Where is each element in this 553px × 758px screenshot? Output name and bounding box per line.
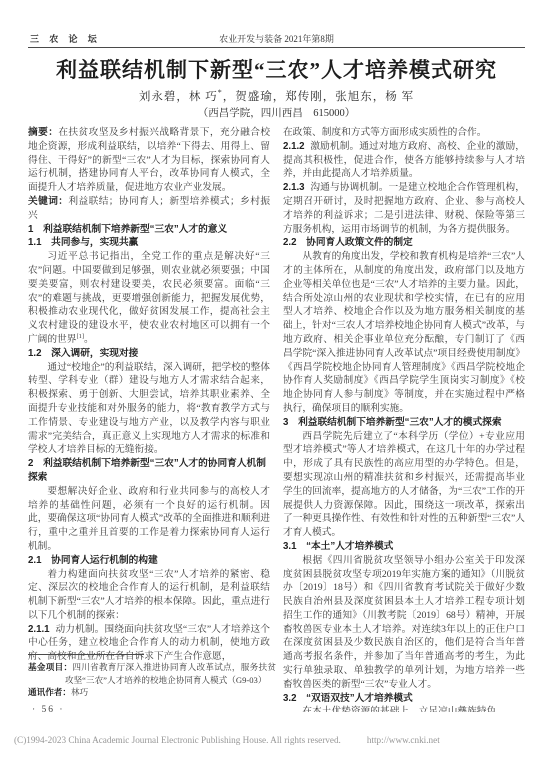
section-3-2-heading: 3.2 “双语双技”人才培养模式 [283, 692, 525, 706]
corresponding-author-label: 通讯作者： [28, 687, 71, 697]
paragraph: 要想解决好企业、政府和行业共同参与的高校人才培养的基础性问题，必须有一个良好的运… [28, 485, 270, 554]
keywords-label: 关键词： [28, 196, 68, 207]
footnote-divider [28, 654, 144, 655]
reference-mark: [1] [76, 333, 84, 340]
section-1-2-heading: 1.2 深入调研，实现对接 [28, 347, 270, 361]
paragraph: 通过“校地企”的利益联结，深入调研，把学校的整体转型、学科专业（群）建设与地方人… [28, 361, 270, 458]
section-2-2-heading: 2.2 协同育人政策文件的制定 [283, 236, 525, 250]
page-number: · 56 · [32, 705, 65, 715]
fund-project-note: 基金项目：四川省教育厅深入推进协同育人改革试点，服务扶贫攻坚“三农”人才培养的校… [28, 661, 276, 686]
footnote-block: 基金项目：四川省教育厅深入推进协同育人改革试点，服务扶贫攻坚“三农”人才培养的校… [28, 654, 276, 699]
paragraph-2-1-2: 2.1.2激励机制。通过对地方政府、高校、企业的激励，提高其积极性，促进合作，使… [283, 140, 525, 181]
journal-name: 农业开发与装备 [219, 34, 282, 44]
authors-pre: 刘永碧，林 巧 [139, 91, 218, 103]
fund-project-label: 基金项目： [28, 662, 72, 672]
fund-project-text: 四川省教育厅深入推进协同育人改革试点，服务扶贫攻坚“三农”人才培养的校地企协同育… [65, 662, 276, 685]
paragraph: 根据《四川省脱贫攻坚领导小组办公室关于印发深度贫困县脱贫攻坚专项2019年实施方… [283, 554, 525, 692]
section-1-1-heading: 1.1 共同参与，实现共赢 [28, 236, 270, 250]
abstract-label: 摘要： [28, 127, 58, 138]
issue-label: 2021年第8期 [284, 34, 334, 44]
corresponding-author-name: 林巧 [71, 687, 88, 697]
paragraph: 习近平总书记指出，全党工作的重点是解决好“三农”问题。中国要做到足够强，则农业就… [28, 250, 270, 347]
section-3-1-heading: 3.1 “本土”人才培养模式 [283, 540, 525, 554]
run-in-number: 2.1.1 [28, 624, 50, 635]
keywords: 关键词：利益联结；协同育人；新型培养模式；乡村振兴 [28, 195, 270, 223]
authors-post: ，贺盛瑜，郑传刚，张旭东，杨 军 [223, 91, 414, 103]
affiliation-line: （西昌学院，四川西昌 615000） [0, 105, 553, 120]
page-title: 利益联结机制下新型“三农”人才培养模式研究 [0, 54, 553, 84]
abstract-text: 在扶贫攻坚及乡村振兴战略背景下，充分融合校地企资源，形成利益联结，以培养“下得去… [28, 127, 270, 193]
journal-issue: 农业开发与装备 2021年第8期 [28, 32, 525, 45]
paragraph-text: 沟通与协调机制。一是建立校地企合作管理机构，定期召开研讨，及时把握地方政府、企业… [283, 182, 525, 234]
journal-page: 三 农 论 坛 农业开发与装备 2021年第8期 利益联结机制下新型“三农”人才… [0, 0, 553, 758]
running-head: 三 农 论 坛 农业开发与装备 2021年第8期 [28, 32, 525, 48]
section-2-heading: 2 利益联结机制下培养新型“三农”人才的协同育人机制探索 [28, 457, 270, 485]
abstract: 摘要：在扶贫攻坚及乡村振兴战略背景下，充分融合校地企资源，形成利益联结，以培养“… [28, 126, 270, 195]
right-column: 在政策、制度和方式等方面形成实质性的合作。 2.1.2激励机制。通过对地方政府、… [283, 126, 525, 712]
paragraph: 着力构建面向扶贫攻坚“三农”人才培养的紧密、稳定、深层次的校地企合作育人的运行机… [28, 568, 270, 623]
paragraph: 从教育的角度出发，学校和教育机构是培养“三农”人才的主体所在，从制度的角度出发，… [283, 250, 525, 416]
copyright-line: (C)1994-2023 China Academic Journal Elec… [14, 735, 544, 745]
section-3-heading: 3 利益联结机制下培养新型“三农”人才的模式探索 [283, 416, 525, 430]
paragraph-text: 习近平总书记指出，全党工作的重点是解决好“三农”问题。中国要做到足够强，则农业就… [28, 251, 270, 345]
run-in-number: 2.1.2 [283, 141, 305, 152]
run-in-number: 2.1.3 [283, 182, 305, 193]
paragraph: 在本土优势资源的基础上，立足凉山彝族特色， [283, 705, 525, 712]
left-column: 摘要：在扶贫攻坚及乡村振兴战略背景下，充分融合校地企资源，形成利益联结，以培养“… [28, 126, 270, 712]
author-line: 刘永碧，林 巧*，贺盛瑜，郑传刚，张旭东，杨 军 [0, 88, 553, 104]
paragraph: 在政策、制度和方式等方面形成实质性的合作。 [283, 126, 525, 140]
cnki-url: http://www.cnki.net [367, 735, 440, 745]
section-1-heading: 1 利益联结机制下培养新型“三农”人才的意义 [28, 223, 270, 237]
two-column-body: 摘要：在扶贫攻坚及乡村振兴战略背景下，充分融合校地企资源，形成利益联结，以培养“… [28, 126, 525, 712]
section-2-1-heading: 2.1 协同育人运行机制的构建 [28, 554, 270, 568]
paragraph-text: 激励机制。通过对地方政府、高校、企业的激励，提高其积极性，促进合作，使各方能够持… [283, 141, 525, 180]
corresponding-author-note: 通讯作者：林巧 [28, 686, 276, 699]
paragraph: 西昌学院先后建立了“本科学历（学位）+专业应用型才培养模式”等人才培养模式，在这… [283, 430, 525, 540]
paragraph-2-1-3: 2.1.3沟通与协调机制。一是建立校地企合作管理机构，定期召开研讨，及时把握地方… [283, 181, 525, 236]
copyright-text: (C)1994-2023 China Academic Journal Elec… [14, 735, 341, 745]
paragraph-text: 。 [84, 334, 94, 345]
